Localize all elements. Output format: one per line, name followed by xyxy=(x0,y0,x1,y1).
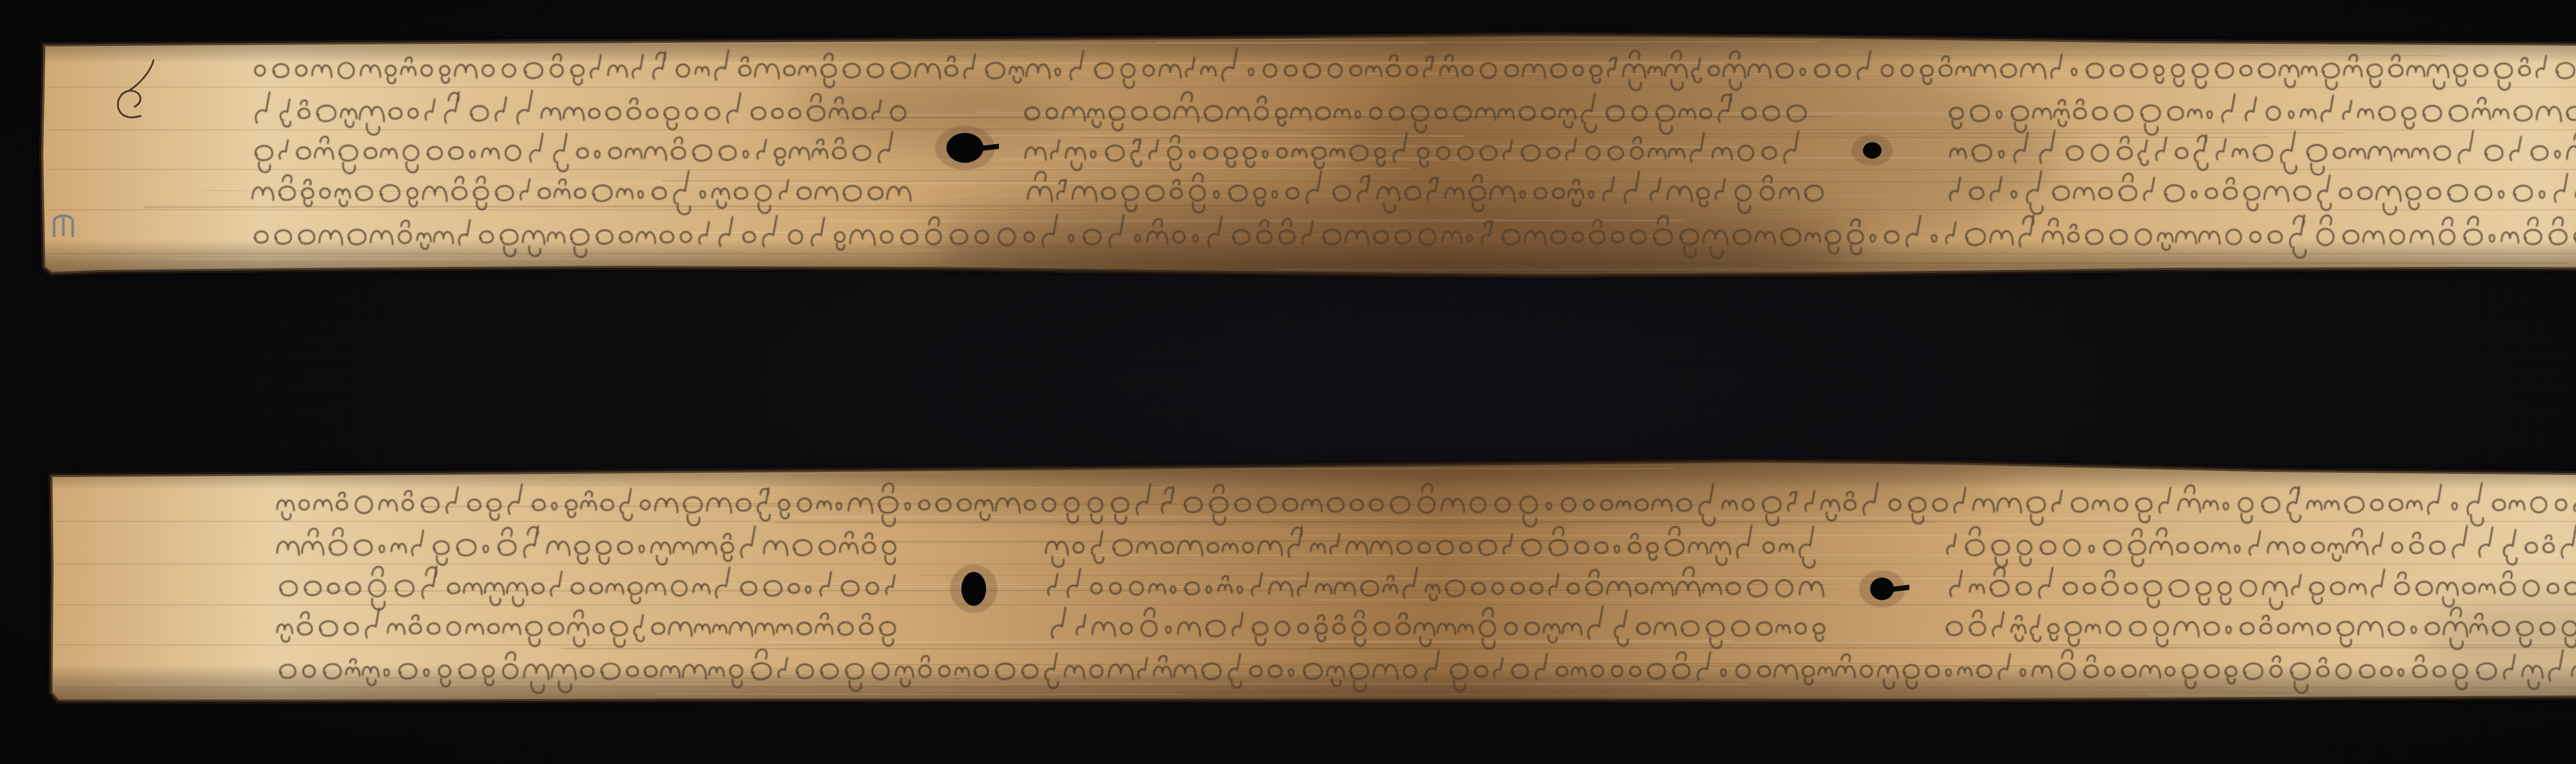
binding-hole-1 xyxy=(950,565,997,613)
lower-leaf-drawing xyxy=(0,0,2576,764)
lower-palm-leaf xyxy=(0,0,2576,764)
leaf-surface xyxy=(50,459,2576,702)
